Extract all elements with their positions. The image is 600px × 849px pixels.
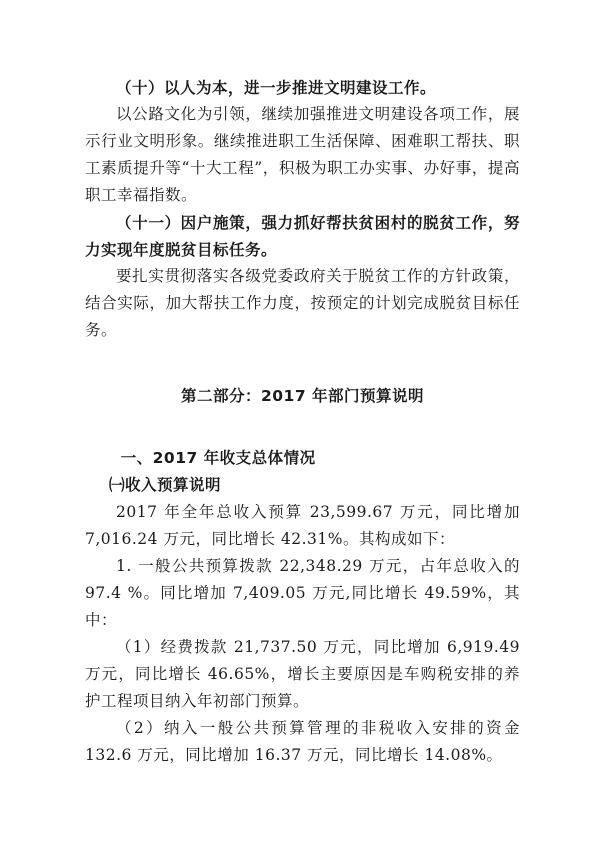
section-title-part-two: 第二部分：2017 年部门预算说明	[85, 383, 520, 410]
document-page: （十）以人为本，进一步推进文明建设工作。 以公路文化为引领，继续加强推进文明建设…	[0, 0, 600, 849]
paragraph-poverty-relief: 要扎实贯彻落实各级党委政府关于脱贫工作的方针政策，结合实际，加大帮扶工作力度，按…	[85, 263, 520, 344]
heading-item-10: （十）以人为本，进一步推进文明建设工作。	[85, 74, 520, 101]
subheading-overall-revenue-expenditure: 一、2017 年收支总体情况	[85, 445, 520, 472]
paragraph-nontax-revenue: （2）纳入一般公共预算管理的非税收入安排的资金 132.6 万元，同比增加 16…	[85, 715, 520, 769]
paragraph-general-public-budget: 1. 一般公共预算拨款 22,348.29 万元，占年总收入的 97.4 %。同…	[85, 553, 520, 634]
paragraph-civilization-work: 以公路文化为引领，继续加强推进文明建设各项工作，展示行业文明形象。继续推进职工生…	[85, 101, 520, 209]
subheading-revenue-budget-note: ㈠收入预算说明	[85, 472, 520, 499]
paragraph-funding-appropriation: （1）经费拨款 21,737.50 万元，同比增加 6,919.49 万元，同比…	[85, 634, 520, 715]
paragraph-total-revenue: 2017 年全年总收入预算 23,599.67 万元，同比增加 7,016.24…	[85, 499, 520, 553]
heading-item-11: （十一）因户施策，强力抓好帮扶贫困村的脱贫工作，努力实现年度脱贫目标任务。	[85, 209, 520, 263]
